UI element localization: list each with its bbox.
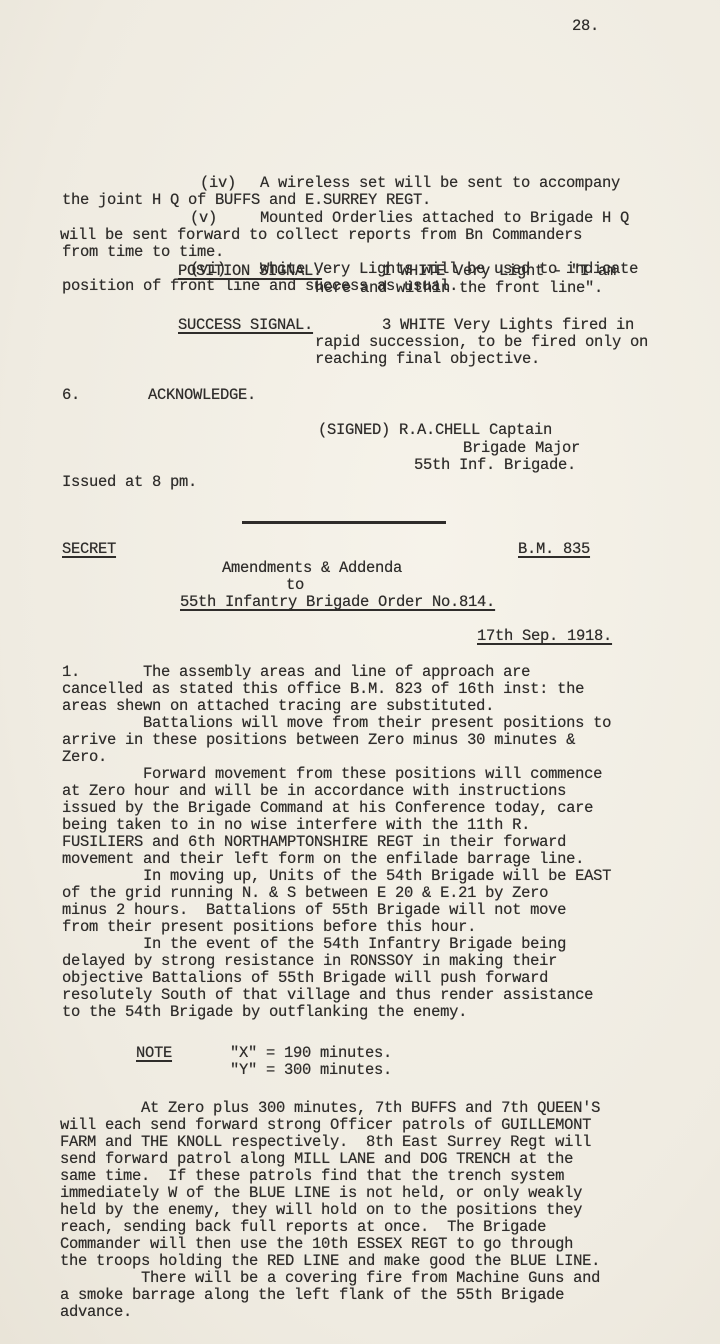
- success-signal-line1: 3 WHITE Very Lights fired in: [382, 317, 634, 334]
- item-v-label: (v): [190, 210, 217, 227]
- item-v-line3: from time to time.: [62, 244, 224, 261]
- note-y: "Y" = 300 minutes.: [230, 1062, 392, 1079]
- body-text: 1. The assembly areas and line of approa…: [62, 664, 611, 1021]
- signature-line3: 55th Inf. Brigade.: [414, 457, 576, 474]
- body-line: send forward patrol along MILL LANE and …: [60, 1151, 600, 1168]
- body-line: to the 54th Brigade by outflanking the e…: [62, 1004, 611, 1021]
- addenda-date: 17th Sep. 1918.: [477, 628, 612, 645]
- note-x: "X" = 190 minutes.: [230, 1045, 392, 1062]
- acknowledge-number: 6.: [62, 387, 80, 404]
- addenda-title-line3: 55th Infantry Brigade Order No.814.: [180, 594, 495, 611]
- body-line: immediately W of the BLUE LINE is not he…: [60, 1185, 600, 1202]
- signature-line1: (SIGNED) R.A.CHELL Captain: [318, 422, 552, 439]
- addenda-title-line1: Amendments & Addenda: [222, 560, 402, 577]
- body-line: FUSILIERS and 6th NORTHAMPTONSHIRE REGT …: [62, 834, 611, 851]
- body-line: reach, sending back full reports at once…: [60, 1219, 600, 1236]
- reference-number: B.M. 835: [518, 541, 590, 558]
- body-line: a smoke barrage along the left flank of …: [60, 1287, 600, 1304]
- body-line: There will be a covering fire from Machi…: [60, 1270, 600, 1287]
- note-label: NOTE: [136, 1045, 172, 1062]
- item-iv-line2: the joint H Q of BUFFS and E.SURREY REGT…: [62, 192, 431, 209]
- body-line: cancelled as stated this office B.M. 823…: [62, 681, 611, 698]
- final-text: At Zero plus 300 minutes, 7th BUFFS and …: [60, 1100, 600, 1321]
- body-line: Battalions will move from their present …: [62, 715, 611, 732]
- body-line: Forward movement from these positions wi…: [62, 766, 611, 783]
- body-line: from their present positions before this…: [62, 919, 611, 936]
- body-line: In moving up, Units of the 54th Brigade …: [62, 868, 611, 885]
- success-signal-heading: SUCCESS SIGNAL.: [178, 317, 313, 334]
- body-line: movement and their left form on the enfi…: [62, 851, 611, 868]
- body-line: of the grid running N. & S between E 20 …: [62, 885, 611, 902]
- body-line: the troops holding the RED LINE and make…: [60, 1253, 600, 1270]
- body-line: will each send forward strong Officer pa…: [60, 1117, 600, 1134]
- issued-time: Issued at 8 pm.: [62, 474, 197, 491]
- body-line: areas shewn on attached tracing are subs…: [62, 698, 611, 715]
- classification: SECRET: [62, 541, 116, 558]
- page-number: 28.: [572, 18, 599, 35]
- position-signal-line1: 1 WHITE Very Light - "I am: [382, 263, 616, 280]
- acknowledge-text: ACKNOWLEDGE.: [148, 387, 256, 404]
- body-line: minus 2 hours. Battalions of 55th Brigad…: [62, 902, 611, 919]
- body-line: held by the enemy, they will hold on to …: [60, 1202, 600, 1219]
- body-line: In the event of the 54th Infantry Brigad…: [62, 936, 611, 953]
- addenda-title-line2: to: [286, 577, 304, 594]
- body-line: advance.: [60, 1304, 600, 1321]
- position-signal-line2: here and within the front line".: [315, 280, 603, 297]
- body-line: 1. The assembly areas and line of approa…: [62, 664, 611, 681]
- body-line: At Zero plus 300 minutes, 7th BUFFS and …: [60, 1100, 600, 1117]
- body-line: Zero.: [62, 749, 611, 766]
- body-line: issued by the Brigade Command at his Con…: [62, 800, 611, 817]
- body-line: Commander will then use the 10th ESSEX R…: [60, 1236, 600, 1253]
- body-line: FARM and THE KNOLL respectively. 8th Eas…: [60, 1134, 600, 1151]
- body-line: objective Battalions of 55th Brigade wil…: [62, 970, 611, 987]
- section-divider: [242, 521, 446, 524]
- document-page: 28. (iv) A wireless set will be sent to …: [0, 0, 720, 1344]
- item-v-line1: Mounted Orderlies attached to Brigade H …: [260, 210, 629, 227]
- item-iv-line1: A wireless set will be sent to accompany: [260, 175, 620, 192]
- body-line: at Zero hour and will be in accordance w…: [62, 783, 611, 800]
- body-line: being taken to in no wise interfere with…: [62, 817, 611, 834]
- position-signal-heading: POSITION SIGNAL.: [178, 263, 322, 280]
- body-line: resolutely South of that village and thu…: [62, 987, 611, 1004]
- success-signal-line2: rapid succession, to be fired only on: [315, 334, 648, 351]
- signature-line2: Brigade Major: [463, 440, 580, 457]
- item-v-line2: will be sent forward to collect reports …: [60, 227, 582, 244]
- body-line: arrive in these positions between Zero m…: [62, 732, 611, 749]
- item-iv-label: (iv): [200, 175, 236, 192]
- success-signal-line3: reaching final objective.: [315, 351, 540, 368]
- body-line: same time. If these patrols find that th…: [60, 1168, 600, 1185]
- body-line: delayed by strong resistance in RONSSOY …: [62, 953, 611, 970]
